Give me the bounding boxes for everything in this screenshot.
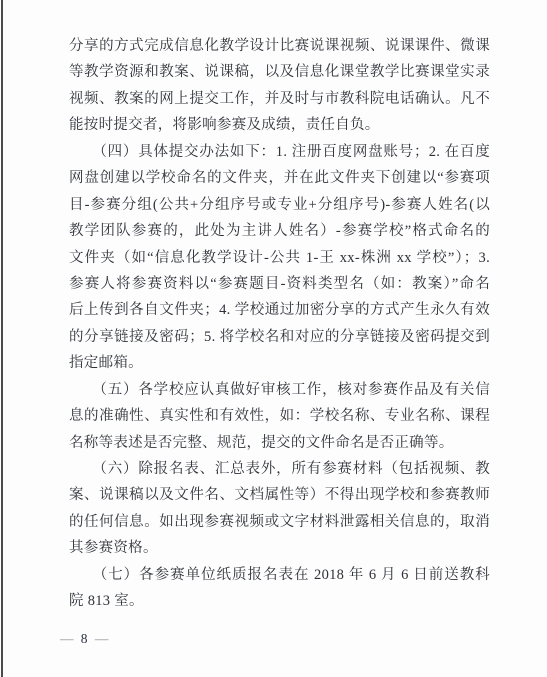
text-line: 能按时提交者，将影响参赛及成绩，责任自负。 (69, 112, 490, 138)
text-line: 参赛人将参赛资料以“参赛题目-资料类型名（如：教案）”命名 (69, 271, 490, 297)
text-line: （六）除报名表、汇总表外，所有参赛材料（包括视频、教 (69, 456, 490, 482)
body-text: 分享的方式完成信息化教学设计比赛说课视频、说课课件、微课 等教学资源和教案、说课… (69, 33, 490, 615)
text-line: 等教学资源和教案、说课稿，以及信息化课堂教学比赛课堂实录 (69, 59, 490, 85)
text-line: 网盘创建以学校命名的文件夹，并在此文件夹下创建以“参赛项 (69, 165, 490, 191)
text-line: （四）具体提交办法如下：1. 注册百度网盘账号；2. 在百度 (69, 139, 490, 165)
text-line: 指定邮箱。 (69, 350, 490, 376)
text-line: （五）各学校应认真做好审核工作，核对参赛作品及有关信 (69, 377, 490, 403)
text-line: 视频、教案的网上提交工作，并及时与市教科院电话确认。凡不 (69, 86, 490, 112)
document-page: 分享的方式完成信息化教学设计比赛说课视频、说课课件、微课 等教学资源和教案、说课… (0, 0, 547, 677)
text-line: 院 813 室。 (69, 588, 490, 614)
text-line: 的分享链接及密码；5. 将学校名和对应的分享链接及密码提交到 (69, 324, 490, 350)
page-number: —8— (60, 630, 109, 648)
page-number-dash-left: — (60, 631, 74, 646)
text-line: 分享的方式完成信息化教学设计比赛说课视频、说课课件、微课 (69, 33, 490, 59)
text-line: 后上传到各自文件夹；4. 学校通过加密分享的方式产生永久有效 (69, 297, 490, 323)
text-line: 目-参赛分组(公共+分组序号或专业+分组序号)-参赛人姓名(以 (69, 192, 490, 218)
text-line: 文件夹（如“信息化教学设计-公共 1-王 xx-株洲 xx 学校”）；3. (69, 245, 490, 271)
text-line: （七）各参赛单位纸质报名表在 2018 年 6 月 6 日前送教科 (69, 562, 490, 588)
text-line: 其参赛资格。 (69, 535, 490, 561)
text-line: 息的准确性、真实性和有效性，如：学校名称、专业名称、课程 (69, 403, 490, 429)
text-line: 的任何信息。如出现参赛视频或文字材料泄露相关信息的，取消 (69, 509, 490, 535)
scan-edge-line (1, 0, 3, 677)
text-line: 名称等表述是否完整、规范，提交的文件命名是否正确等。 (69, 430, 490, 456)
page-number-dash-right: — (95, 631, 109, 646)
page-number-value: 8 (81, 631, 88, 646)
text-line: 案、说课稿以及文件名、文档属性等）不得出现学校和参赛教师 (69, 482, 490, 508)
text-line: 教学团队参赛的，此处为主讲人姓名）-参赛学校”格式命名的 (69, 218, 490, 244)
